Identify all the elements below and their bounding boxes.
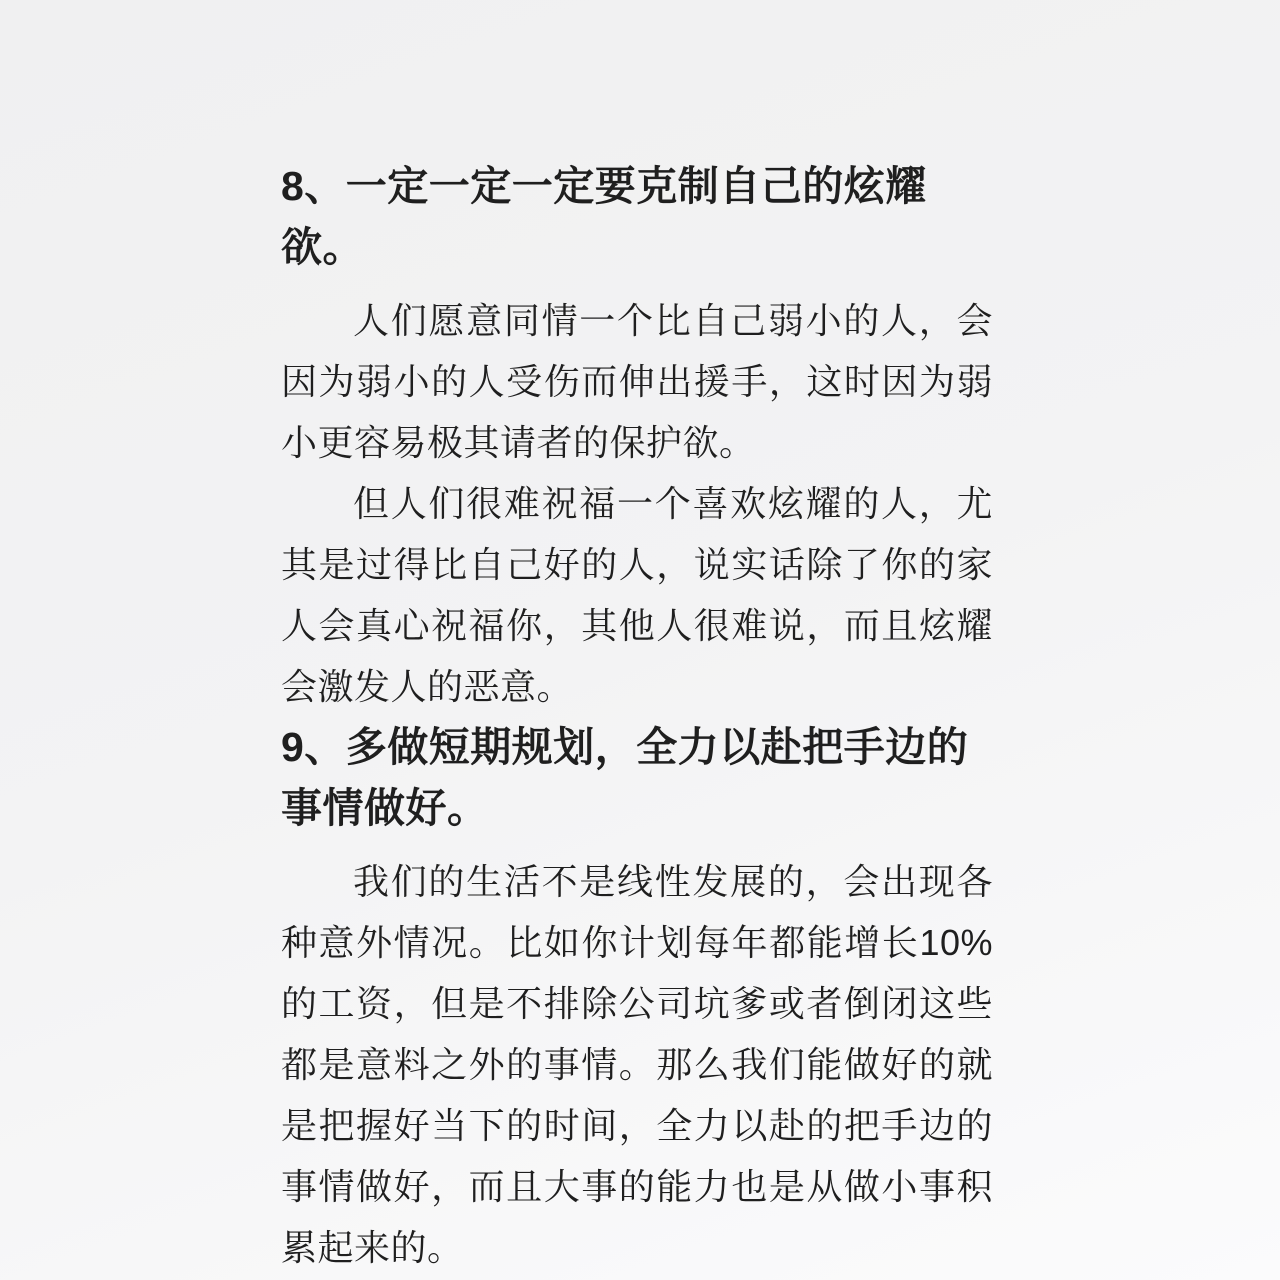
section-heading: 9、多做短期规划，全力以赴把手边的事情做好。 <box>281 717 993 839</box>
section-paragraph: 但人们很难祝福一个喜欢炫耀的人，尤其是过得比自己好的人，说实话除了你的家人会真心… <box>281 473 993 717</box>
page-background: 8、一定一定一定要克制自己的炫耀欲。人们愿意同情一个比自己弱小的人，会因为弱小的… <box>0 0 1280 1280</box>
section-paragraph: 人们愿意同情一个比自己弱小的人，会因为弱小的人受伤而伸出援手，这时因为弱小更容易… <box>281 290 993 473</box>
text-block: 8、一定一定一定要克制自己的炫耀欲。人们愿意同情一个比自己弱小的人，会因为弱小的… <box>281 156 993 1278</box>
section-paragraph: 我们的生活不是线性发展的，会出现各种意外情况。比如你计划每年都能增长10%的工资… <box>281 851 993 1278</box>
section-heading: 8、一定一定一定要克制自己的炫耀欲。 <box>281 156 993 278</box>
